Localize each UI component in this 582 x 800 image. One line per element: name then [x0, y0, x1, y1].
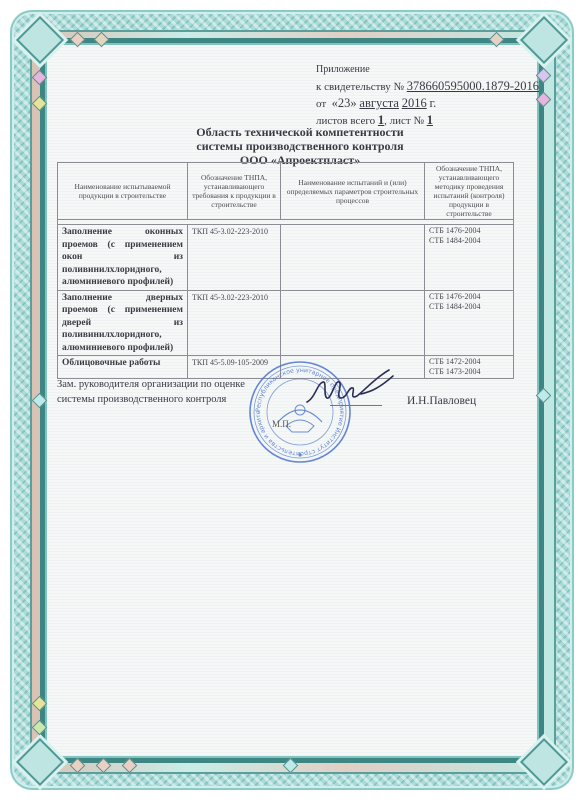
- cell-tests: [281, 290, 425, 356]
- date-month: августа: [359, 96, 399, 110]
- certificate-number: 378660595000.1879-2016: [407, 79, 539, 93]
- appendix-header: Приложение к свидетельству № 37866059500…: [316, 62, 539, 129]
- header-product: Наименование испытываемой продукции в ст…: [58, 163, 188, 220]
- date-day: «23»: [332, 96, 357, 110]
- method-standard: СТБ 1484-2004: [429, 236, 509, 246]
- table-row: Заполнение дверных проемов (с применение…: [58, 290, 514, 356]
- certificate-prefix: к свидетельству №: [316, 81, 404, 93]
- cell-methods: СТБ 1476-2004 СТБ 1484-2004: [425, 225, 514, 291]
- method-standard: СТБ 1476-2004: [429, 226, 509, 236]
- signatory-position: Зам. руководителя организации по оценке …: [57, 377, 245, 407]
- cell-methods: СТБ 1472-2004 СТБ 1473-2004: [425, 356, 514, 379]
- method-standard: СТБ 1472-2004: [429, 357, 509, 367]
- header-tnpa-methods: Обозначение ТНПА, устанавливающего метод…: [425, 163, 514, 220]
- position-line-1: Зам. руководителя организации по оценке: [57, 377, 245, 392]
- table-header-row: Наименование испытываемой продукции в ст…: [58, 163, 514, 220]
- cell-methods: СТБ 1476-2004 СТБ 1484-2004: [425, 290, 514, 356]
- header-tnpa-requirements: Обозначение ТНПА, устанавливающего требо…: [188, 163, 281, 220]
- method-standard: СТБ 1473-2004: [429, 367, 509, 377]
- table-row: Заполнение оконных проемов (с применение…: [58, 225, 514, 291]
- certificate-date: от «23» августа 2016 г.: [316, 95, 539, 112]
- date-suffix: г.: [429, 96, 436, 110]
- scope-table: Наименование испытываемой продукции в ст…: [57, 162, 514, 379]
- document-title: Область технической компетентности систе…: [130, 125, 470, 167]
- appendix-label: Приложение: [316, 62, 539, 78]
- cell-tests: [281, 225, 425, 291]
- handwritten-signature-icon: [305, 368, 395, 408]
- certificate-reference: к свидетельству № 378660595000.1879-2016: [316, 78, 539, 95]
- method-standard: СТБ 1484-2004: [429, 302, 509, 312]
- cell-product: Заполнение оконных проемов (с применение…: [58, 225, 188, 291]
- cell-product: Облицовочные работы: [58, 356, 188, 379]
- method-standard: СТБ 1476-2004: [429, 292, 509, 302]
- date-year: 2016: [402, 96, 427, 110]
- date-prefix: от: [316, 98, 326, 110]
- cell-tnpa: ТКП 45-3.02-223-2010: [188, 225, 281, 291]
- signature-line: [330, 405, 382, 406]
- position-line-2: системы производственного контроля: [57, 392, 245, 407]
- title-line-2: системы производственного контроля: [130, 139, 470, 153]
- cell-product: Заполнение дверных проемов (с применение…: [58, 290, 188, 356]
- signatory-name: И.Н.Павловец: [407, 395, 476, 407]
- seal-label: М.П.: [272, 419, 291, 429]
- title-line-1: Область технической компетентности: [130, 125, 470, 139]
- header-tests: Наименование испытаний и (или) определяе…: [281, 163, 425, 220]
- cell-tnpa: ТКП 45-3.02-223-2010: [188, 290, 281, 356]
